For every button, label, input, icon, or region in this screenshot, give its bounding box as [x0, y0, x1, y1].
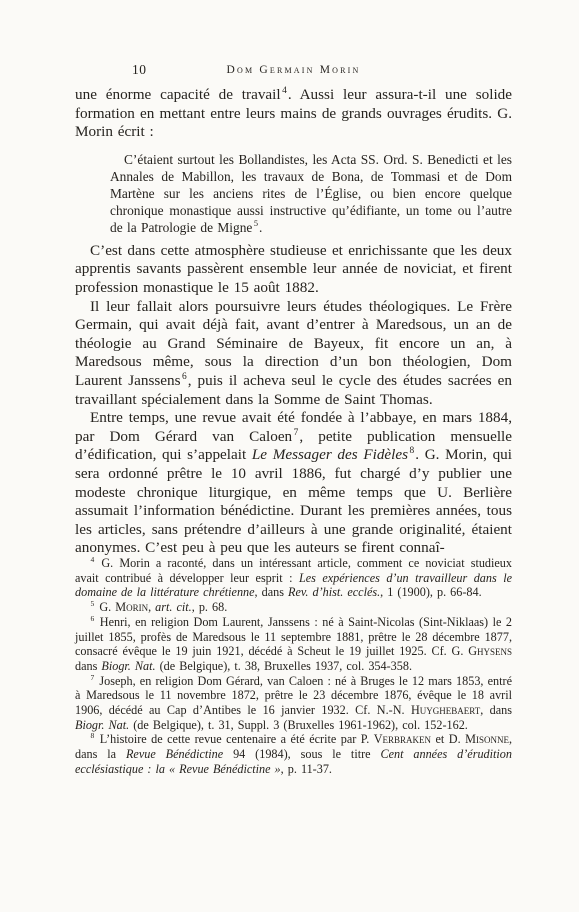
text-segment: Misonne	[465, 732, 509, 746]
paragraph-etudes-theologiques: Il leur fallait alors poursuivre leurs é…	[75, 298, 512, 410]
footnote-marker: 5	[254, 219, 258, 228]
footnote-marker: 7	[294, 428, 299, 438]
footnote-marker: 8	[91, 731, 95, 740]
footnote-5: 5 G. Morin, art. cit., p. 68.	[75, 600, 512, 615]
footnotes-section: 4 G. Morin a raconté, dans un intéressan…	[75, 556, 512, 777]
footnote-8: 8 L’histoire de cette revue centenaire a…	[75, 732, 512, 776]
paragraph-noviciat: C’est dans cette atmosphère studieuse et…	[75, 242, 512, 298]
page-header: 10 Dom Germain Morin	[75, 62, 512, 80]
text-segment: Biogr. Nat.	[75, 718, 129, 732]
text-segment: , p. 68.	[192, 600, 228, 614]
scanned-book-page: 10 Dom Germain Morin une énorme capacité…	[0, 0, 579, 912]
text-segment: L’histoire de cette revue centenaire a é…	[95, 732, 373, 746]
footnote-7: 7 Joseph, en religion Dom Gérard, van Ca…	[75, 674, 512, 733]
footnote-4: 4 G. Morin a raconté, dans un intéressan…	[75, 556, 512, 600]
text-segment: dans	[75, 659, 101, 673]
paragraph-opening: une énorme capacité de travail4. Aussi l…	[75, 86, 512, 142]
footnote-marker: 4	[91, 555, 95, 564]
text-segment: art. cit.	[155, 600, 192, 614]
text-segment: Rev. d’hist. ecclés.	[288, 585, 380, 599]
footnote-marker: 8	[410, 446, 415, 456]
text-segment: une énorme capacité de travail	[75, 86, 281, 103]
running-header: Dom Germain Morin	[75, 64, 512, 76]
footnote-marker: 7	[91, 673, 95, 682]
footnote-6: 6 Henri, en religion Dom Laurent, Jansse…	[75, 615, 512, 674]
text-segment: , 1 (1900), p. 66-84.	[380, 585, 482, 599]
text-segment: Revue Bénédictine	[126, 747, 223, 761]
text-segment: , dans	[480, 703, 512, 717]
text-segment: C’étaient surtout les Bollandistes, les …	[110, 152, 512, 235]
text-segment: Henri, en religion Dom Laurent, Janssens…	[75, 615, 512, 658]
text-segment: Ghysens	[468, 644, 512, 658]
text-segment: G.	[95, 600, 115, 614]
text-segment: (de Belgique), t. 31, Suppl. 3 (Bruxelle…	[129, 718, 468, 732]
text-segment: , p. 11-37.	[281, 762, 332, 776]
text-segment: Biogr. Nat.	[101, 659, 155, 673]
text-segment: (de Belgique), t. 38, Bruxelles 1937, co…	[156, 659, 412, 673]
block-quote: C’étaient surtout les Bollandistes, les …	[110, 151, 512, 236]
text-segment: .	[259, 220, 262, 235]
text-segment: C’est dans cette atmosphère studieuse et…	[75, 242, 512, 296]
footnote-marker: 4	[282, 86, 287, 96]
footnote-marker: 6	[182, 372, 187, 382]
text-segment: Verbraken	[374, 732, 431, 746]
text-segment: , dans	[255, 585, 288, 599]
paragraph-revue-messager: Entre temps, une revue avait été fondée …	[75, 409, 512, 558]
footnote-marker: 5	[91, 599, 95, 608]
text-segment: Morin	[115, 600, 148, 614]
text-segment: Huyghebaert	[411, 703, 480, 717]
footnote-marker: 6	[91, 614, 95, 623]
text-segment: Le Messager des Fidèles	[252, 446, 408, 463]
text-segment: et D.	[431, 732, 465, 746]
text-segment: 94 (1984), sous le titre	[223, 747, 380, 761]
main-text: une énorme capacité de travail4. Aussi l…	[75, 86, 512, 558]
